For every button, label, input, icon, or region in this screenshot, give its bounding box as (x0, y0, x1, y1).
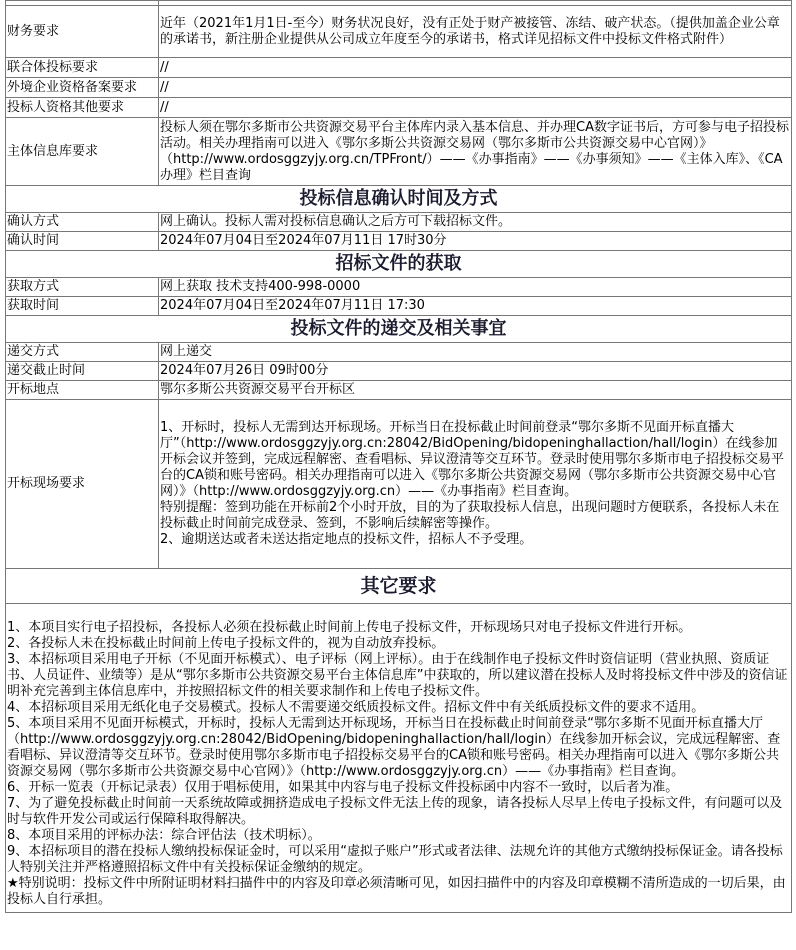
row-value: 网上获取 技术支持400-998-0000 (159, 278, 792, 297)
row-value: 鄂尔多斯公共资源交易平台开标区 (159, 381, 792, 400)
row-value: 2024年07月04日至2024年07月11日 17:30 (159, 297, 792, 316)
row-value: 投标人须在鄂尔多斯市公共资源交易平台主体库内录入基本信息、并办理CA数字证书后，… (159, 118, 792, 186)
row-label: 递交截止时间 (6, 362, 159, 381)
table-row-confirm-method: 确认方式 网上确认。投标人需对投标信息确认之后方可下载招标文件。 (6, 213, 792, 232)
requirement-item: 1、本项目实行电子招投标，各投标人必须在投标截止时间前上传电子投标文件，开标现场… (7, 620, 790, 636)
other-requirements-text: 1、本项目实行电子招投标，各投标人必须在投标截止时间前上传电子投标文件，开标现场… (6, 604, 792, 913)
row-value: 近年（2021年1月1日-至今）财务状况良好，没有正处于财产被接管、冻结、破产状… (159, 6, 792, 58)
table-row-other-qualification: 投标人资格其他要求 // (6, 98, 792, 118)
onsite-requirements-text: 1、开标时，投标人无需到达开标现场。开标当日在投标截止时间前登录“鄂尔多斯不见面… (159, 400, 792, 569)
table-row-confirm-time: 确认时间 2024年07月04日至2024年07月11日 17时30分 (6, 232, 792, 251)
table-row-entity-database: 主体信息库要求 投标人须在鄂尔多斯市公共资源交易平台主体库内录入基本信息、并办理… (6, 118, 792, 186)
section-title: 投标文件的递交及相关事宜 (6, 316, 792, 343)
table-row-obtain-time: 获取时间 2024年07月04日至2024年07月11日 17:30 (6, 297, 792, 316)
section-title: 其它要求 (6, 569, 792, 604)
row-value: 2024年07月04日至2024年07月11日 17时30分 (159, 232, 792, 251)
requirement-item: 2、各投标人未在投标截止时间前上传电子投标文件的，视为自动放弃投标。 (7, 636, 790, 652)
tender-announcement-document: 财务要求 近年（2021年1月1日-至今）财务状况良好，没有正处于财产被接管、冻… (0, 0, 796, 913)
table-row-onsite-requirements: 开标现场要求 1、开标时，投标人无需到达开标现场。开标当日在投标截止时间前登录“… (6, 400, 792, 569)
table-row-foreign-enterprise: 外境企业资格备案要求 // (6, 78, 792, 98)
row-label: 投标人资格其他要求 (6, 98, 159, 118)
requirement-item: 4、本招标项目采用无纸化电子交易模式。投标人不需要递交纸质投标文件。招标文件中有… (7, 700, 790, 716)
table-row-other-requirements: 1、本项目实行电子招投标，各投标人必须在投标截止时间前上传电子投标文件，开标现场… (6, 604, 792, 913)
row-value: 网上确认。投标人需对投标信息确认之后方可下载招标文件。 (159, 213, 792, 232)
row-label: 开标现场要求 (6, 400, 159, 569)
row-label: 开标地点 (6, 381, 159, 400)
table-row-submit-method: 递交方式 网上递交 (6, 343, 792, 362)
section-title: 招标文件的获取 (6, 251, 792, 278)
row-value: // (159, 78, 792, 98)
tender-details-table: 财务要求 近年（2021年1月1日-至今）财务状况良好，没有正处于财产被接管、冻… (5, 0, 792, 913)
row-label: 递交方式 (6, 343, 159, 362)
onsite-paragraph: 1、开标时，投标人无需到达开标现场。开标当日在投标截止时间前登录“鄂尔多斯不见面… (160, 420, 790, 500)
row-label: 获取时间 (6, 297, 159, 316)
table-row-consortium: 联合体投标要求 // (6, 58, 792, 78)
requirement-item: 6、开标一览表（开标记录表）仅用于唱标使用，如果其中内容与电子投标文件投标函中内… (7, 780, 790, 796)
row-value: 网上递交 (159, 343, 792, 362)
row-value: 2024年07月26日 09时00分 (159, 362, 792, 381)
row-label: 确认方式 (6, 213, 159, 232)
special-note: ★特别说明：投标文件中所附证明材料扫描件中的内容及印章必须清晰可见，如因扫描件中… (7, 876, 790, 908)
requirement-item: 9、本招标项目的潜在投标人缴纳投标保证金时，可以采用“虚拟子账户”形式或者法律、… (7, 844, 790, 876)
requirement-item: 5、本项目采用不见面开标模式，开标时，投标人无需到达开标现场，开标当日在投标截止… (7, 716, 790, 780)
requirement-item: 7、为了避免投标截止时间前一天系统故障或拥挤造成电子投标文件无法上传的现象，请各… (7, 796, 790, 828)
row-value: // (159, 98, 792, 118)
table-row-financial: 财务要求 近年（2021年1月1日-至今）财务状况良好，没有正处于财产被接管、冻… (6, 6, 792, 58)
row-label: 主体信息库要求 (6, 118, 159, 186)
section-header-submit: 投标文件的递交及相关事宜 (6, 316, 792, 343)
section-header-obtain: 招标文件的获取 (6, 251, 792, 278)
requirement-item: 3、本招标项目采用电子开标（不见面开标模式）、电子评标（网上评标）。由于在线制作… (7, 652, 790, 700)
section-header-other: 其它要求 (6, 569, 792, 604)
section-header-confirm: 投标信息确认时间及方式 (6, 186, 792, 213)
row-label: 获取方式 (6, 278, 159, 297)
table-row-opening-location: 开标地点 鄂尔多斯公共资源交易平台开标区 (6, 381, 792, 400)
onsite-paragraph: 2、逾期送达或者未送达指定地点的投标文件，招标人不予受理。 (160, 532, 790, 548)
row-value: // (159, 58, 792, 78)
requirement-item: 8、本项目采用的评标办法：综合评估法（技术明标）。 (7, 828, 790, 844)
row-label: 外境企业资格备案要求 (6, 78, 159, 98)
table-row-submit-deadline: 递交截止时间 2024年07月26日 09时00分 (6, 362, 792, 381)
row-label: 财务要求 (6, 6, 159, 58)
row-label: 联合体投标要求 (6, 58, 159, 78)
onsite-paragraph: 特别提醒：签到功能在开标前2个小时开放，目的为了获取投标人信息，出现问题时方便联… (160, 500, 790, 532)
table-row-obtain-method: 获取方式 网上获取 技术支持400-998-0000 (6, 278, 792, 297)
section-title: 投标信息确认时间及方式 (6, 186, 792, 213)
row-label: 确认时间 (6, 232, 159, 251)
